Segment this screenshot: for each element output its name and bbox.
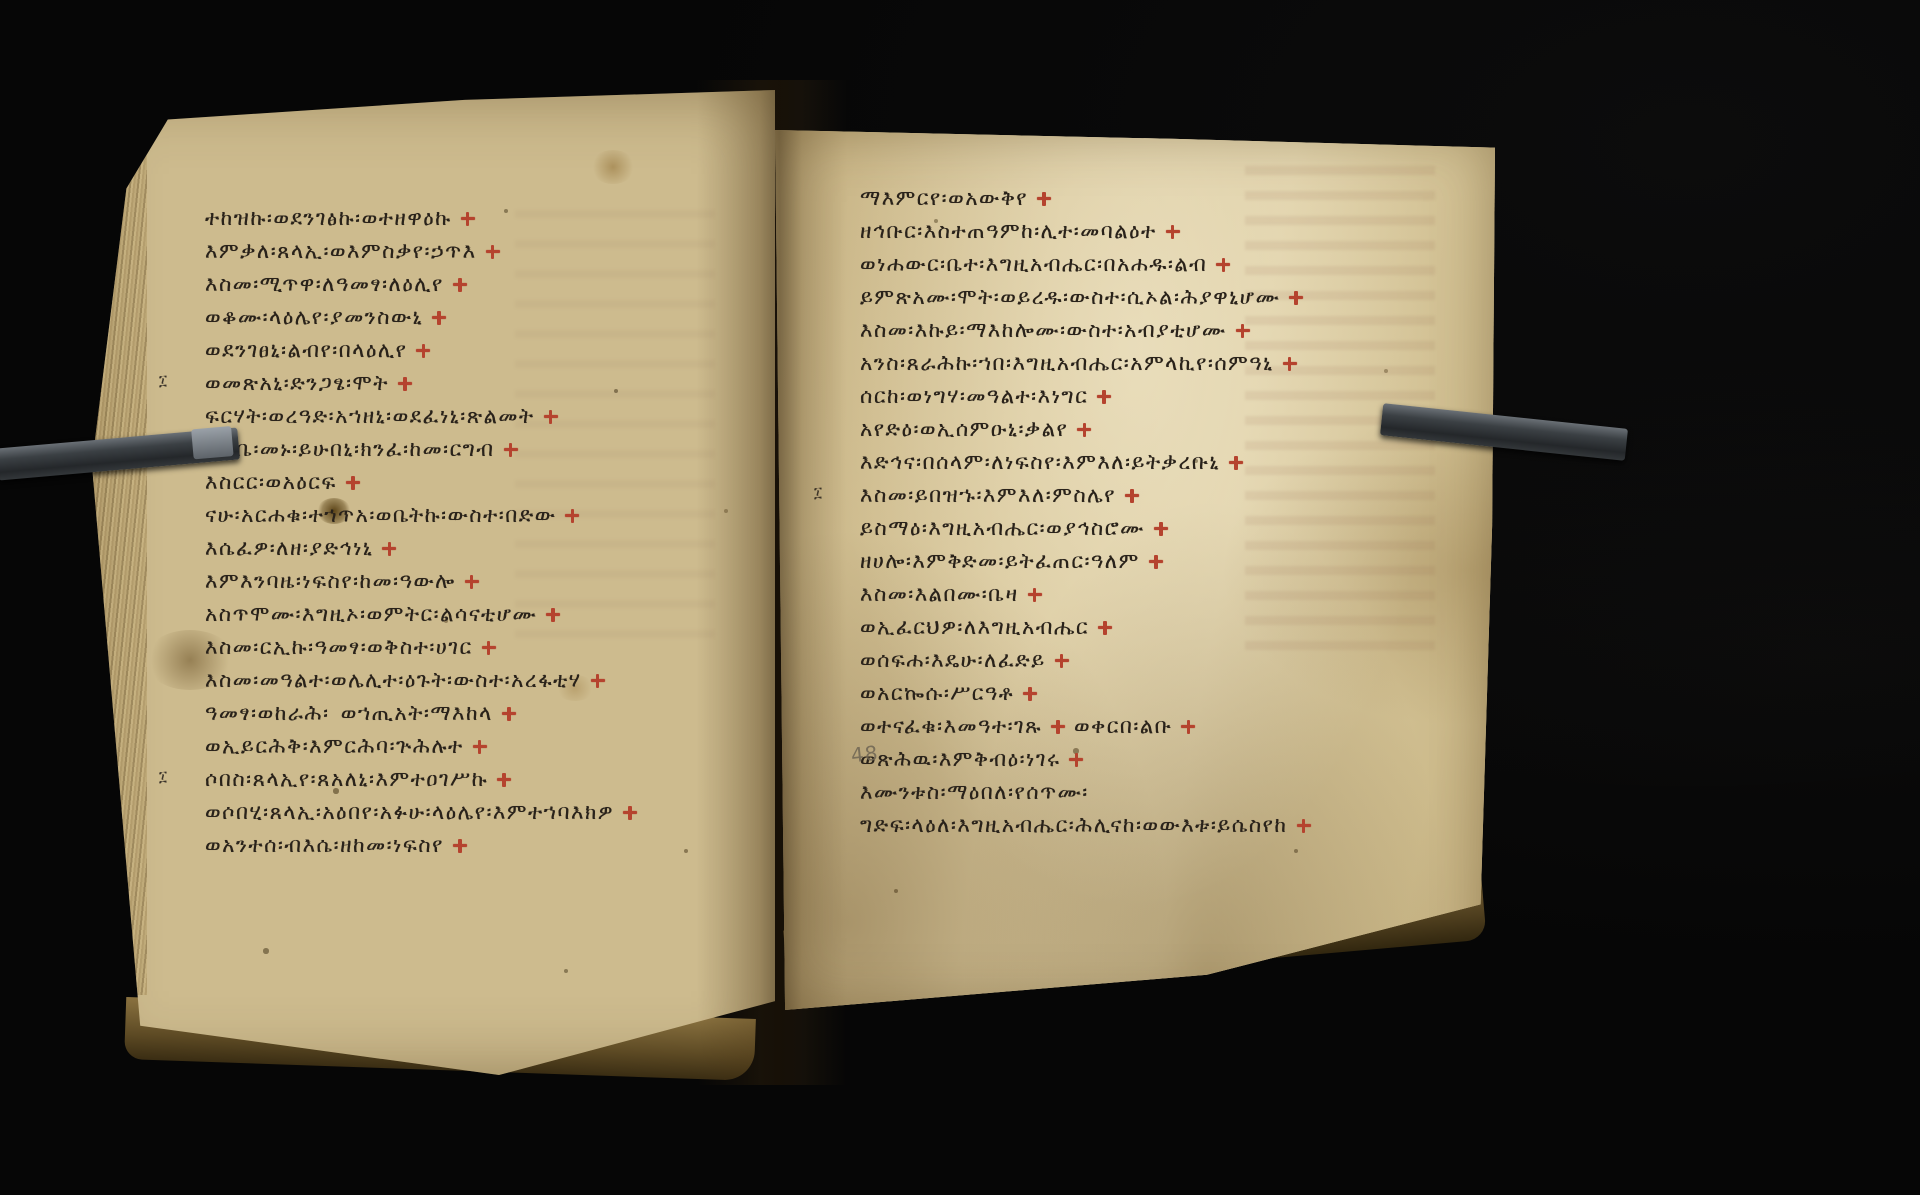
text-line: ይምጽአሙ፡ሞት፡ወይረዱ፡ውስተ፡ሲኦል፡ሕያዋኒሆሙ (860, 281, 1311, 314)
rubric-cross-mark-icon (1028, 588, 1042, 602)
line-text: ወደንገፀኒ፡ልብየ፡በላዕሊየ (205, 338, 407, 363)
text-line: ፲ሶበስ፡ጸላኢየ፡ጸአለኒ፡እምተዐገሥኩ (205, 763, 637, 796)
text-line: አስጥሞሙ፡እግዚኦ፡ወምትር፡ልሳናቲሆሙ (205, 598, 637, 631)
text-line: እሴፈዎ፡ለዘ፡ያድኅነኒ (205, 532, 637, 565)
rubric-cross-mark-icon (1289, 291, 1303, 305)
rubric-cross-mark-icon (591, 674, 605, 688)
line-text: ማእምርየ፡ወአውቅየ (860, 186, 1028, 211)
rubric-cross-mark-icon (482, 641, 496, 655)
line-text: እስመ፡መዓልተ፡ወሌሊተ፡ዕጉት፡ውስተ፡አረፋቲሃ (205, 668, 582, 693)
rubric-cross-mark-icon (398, 377, 412, 391)
line-text: ፍርሃት፡ወረዓድ፡አኀዘኒ፡ወደፈነኒ፡ጽልመት (205, 404, 535, 429)
right-text-column: ማእምርየ፡ወአውቅየዘኅቡር፡እስተጠዓምከ፡ሊተ፡መባልዕተወነሐውር፡ቤተ… (860, 182, 1311, 842)
line-text: አስጥሞሙ፡እግዚኦ፡ወምትር፡ልሳናቲሆሙ (205, 602, 537, 627)
rubric-cross-mark-icon (416, 344, 430, 358)
rubric-cross-mark-icon (1216, 258, 1230, 272)
line-text: ሶበስ፡ጸላኢየ፡ጸአለኒ፡እምተዐገሥኩ (205, 767, 488, 792)
rubric-cross-mark-icon (453, 278, 467, 292)
line-text: አንስ፡ጸራሕኩ፡ኀበ፡እግዚአብሔር፡አምላኪየ፡ሰምዓኒ (860, 351, 1274, 376)
line-text: ይስማዕ፡እግዚአብሔር፡ወያኅስሮሙ (860, 516, 1145, 541)
rubric-cross-mark-icon (623, 806, 637, 820)
text-line: እስመ፡መዓልተ፡ወሌሊተ፡ዕጉት፡ውስተ፡አረፋቲሃ (205, 664, 637, 697)
text-line: ፍርሃት፡ወረዓድ፡አኀዘኒ፡ወደፈነኒ፡ጽልመት (205, 400, 637, 433)
text-line: ወአንተሰ፡ብእሴ፡ዘከመ፡ነፍስየ (205, 829, 637, 862)
text-line: ግድፍ፡ላዕለ፡እግዚአብሔር፡ሕሊናከ፡ወውእቱ፡ይሴስየከ (860, 809, 1311, 842)
line-text: እስመ፡እኩይ፡ማእከሎሙ፡ውስተ፡አብያቲሆሙ (860, 318, 1227, 343)
rubric-cross-mark-icon (1297, 819, 1311, 833)
rubric-cross-mark-icon (1097, 390, 1111, 404)
parchment-stain (590, 150, 636, 184)
rubric-cross-mark-icon (1023, 687, 1037, 701)
line-text: ወተናፈቁ፡እመዓተ፡ገጹ (860, 714, 1042, 739)
line-text: ወሶበሂ፡ጸላኢ፡አዕበየ፡አፉሁ፡ላዕሌየ፡እምተኀባእክዎ (205, 800, 614, 825)
text-line: ዘሀሎ፡እምቅድመ፡ይትፈጠር፡ዓለም (860, 545, 1311, 578)
line-text: ወአንተሰ፡ብእሴ፡ዘከመ፡ነፍስየ (205, 833, 444, 858)
line-text: ሰርከ፡ወነግሃ፡መዓልተ፡እነግር (860, 384, 1088, 409)
rubric-cross-mark-icon (346, 476, 360, 490)
line-text: እስመ፡ይበዝኁ፡እምእለ፡ምስሌየ (860, 483, 1116, 508)
text-line: ዓመፃ፡ወከራሕ፡ ወኀጢአት፡ማእከላ (205, 697, 637, 730)
rubric-cross-mark-icon (497, 773, 511, 787)
text-line: ፲ወመጽአኒ፡ድንጋፄ፡ሞት (205, 367, 637, 400)
rubric-cross-mark-icon (1125, 489, 1139, 503)
line-text: እሴፈዎ፡ለዘ፡ያድኅነኒ (205, 536, 373, 561)
text-line: ማእምርየ፡ወአውቅየ (860, 182, 1311, 215)
rubric-cross-mark-icon (1037, 192, 1051, 206)
rubric-cross-mark-icon (453, 839, 467, 853)
line-text: ናሁ፡አርሐቁ፡ተኀጥአ፡ወቤትኩ፡ውስተ፡በድው (205, 503, 556, 528)
text-line: እስመ፡ርኢኩ፡ዓመፃ፡ወቅስተ፡ሀገር (205, 631, 637, 664)
text-line: እድኅና፡በሰላም፡ለነፍስየ፡እምእለ፡ይትቃረቡኒ (860, 446, 1311, 479)
line-text: እምቃለ፡ጸላኢ፡ወእምስቃየ፡ኃጥእ (205, 239, 477, 264)
rubric-cross-mark-icon (1181, 720, 1195, 734)
rubric-cross-mark-icon (1077, 423, 1091, 437)
text-line: ይስማዕ፡እግዚአብሔር፡ወያኅስሮሙ (860, 512, 1311, 545)
manuscript-book: ተከዝኩ፡ወደንገፅኩ፡ወተዘዋዕኩእምቃለ፡ጸላኢ፡ወእምስቃየ፡ኃጥእእስመ… (85, 80, 1505, 1085)
text-line: ፲እስመ፡ይበዝኁ፡እምእለ፡ምስሌየ (860, 479, 1311, 512)
rubric-cross-mark-icon (1154, 522, 1168, 536)
line-text: ይምጽአሙ፡ሞት፡ወይረዱ፡ውስተ፡ሲኦል፡ሕያዋኒሆሙ (860, 285, 1280, 310)
left-text-column: ተከዝኩ፡ወደንገፅኩ፡ወተዘዋዕኩእምቃለ፡ጸላኢ፡ወእምስቃየ፡ኃጥእእስመ… (205, 202, 637, 862)
text-line: ወነሐውር፡ቤተ፡እግዚአብሔር፡በአሐዱ፡ልብ (860, 248, 1311, 281)
text-line: አንስ፡ጸራሕኩ፡ኀበ፡እግዚአብሔር፡አምላኪየ፡ሰምዓኒ (860, 347, 1311, 380)
rubric-cross-mark-icon (486, 245, 500, 259)
text-line: ሰርከ፡ወነግሃ፡መዓልተ፡እነግር (860, 380, 1311, 413)
rubric-cross-mark-icon (461, 212, 475, 226)
line-text: ዘሀሎ፡እምቅድመ፡ይትፈጠር፡ዓለም (860, 549, 1140, 574)
text-line: አየድዕ፡ወኢሰምዑኒ፡ቃልየ (860, 413, 1311, 446)
margin-numeral: ፲ (159, 767, 167, 785)
line-text: እስርር፡ወአዕርፍ (205, 470, 337, 495)
line-text: ወኢፈርህዎ፡ለእግዚአብሔር (860, 615, 1089, 640)
parchment-speckles (775, 130, 777, 132)
text-line: ወቆሙ፡ላዕሌየ፡ያመንስውኒ (205, 301, 637, 334)
rubric-cross-mark-icon (473, 740, 487, 754)
line-text: ዘኅቡር፡እስተጠዓምከ፡ሊተ፡መባልዕተ (860, 219, 1157, 244)
text-line: ወእቤ፡መኑ፡ይሁበኒ፡ክንፈ፡ከመ፡ርግብ (205, 433, 637, 466)
line-text: ወእቤ፡መኑ፡ይሁበኒ፡ክንፈ፡ከመ፡ርግብ (205, 437, 495, 462)
right-page: ማእምርየ፡ወአውቅየዘኅቡር፡እስተጠዓምከ፡ሊተ፡መባልዕተወነሐውር፡ቤተ… (775, 130, 1495, 1010)
text-line: ወተናፈቁ፡እመዓተ፡ገጹወቀርበ፡ልቡ (860, 710, 1311, 743)
rubric-cross-mark-icon (1051, 720, 1065, 734)
line-text: አየድዕ፡ወኢሰምዑኒ፡ቃልየ (860, 417, 1068, 442)
folio-number: 48 (850, 741, 880, 768)
fore-edge-leaf-stack (85, 145, 147, 995)
rubric-cross-mark-icon (565, 509, 579, 523)
photo-backdrop: ተከዝኩ፡ወደንገፅኩ፡ወተዘዋዕኩእምቃለ፡ጸላኢ፡ወእምስቃየ፡ኃጥእእስመ… (0, 0, 1920, 1195)
text-line: እስመ፡እኩይ፡ማእከሎሙ፡ውስተ፡አብያቲሆሙ (860, 314, 1311, 347)
text-line: እምእንባዜ፡ነፍስየ፡ከመ፡ዓውሎ (205, 565, 637, 598)
text-line: እሙንቱስ፡ማዕበለ፡የሰጥሙ፡ (860, 776, 1311, 809)
rubric-cross-mark-icon (544, 410, 558, 424)
line-text: እስመ፡እልበሙ፡ቤዛ (860, 582, 1019, 607)
parchment-speckles (85, 90, 87, 92)
line-text: ወቆሙ፡ላዕሌየ፡ያመንስውኒ (205, 305, 423, 330)
text-line: እስመ፡እልበሙ፡ቤዛ (860, 578, 1311, 611)
line-text: እድኅና፡በሰላም፡ለነፍስየ፡እምእለ፡ይትቃረቡኒ (860, 450, 1220, 475)
line-text: ወነሐውር፡ቤተ፡እግዚአብሔር፡በአሐዱ፡ልብ (860, 252, 1207, 277)
line-text: እስመ፡ርኢኩ፡ዓመፃ፡ወቅስተ፡ሀገር (205, 635, 473, 660)
rubric-cross-mark-icon (504, 443, 518, 457)
line-text: ወጽሕዉ፡እምቅብዕ፡ነገሩ (860, 747, 1060, 772)
line-text: ወቀርበ፡ልቡ (1074, 714, 1172, 739)
line-text: ተከዝኩ፡ወደንገፅኩ፡ወተዘዋዕኩ (205, 206, 452, 231)
rubric-cross-mark-icon (465, 575, 479, 589)
text-line: እምቃለ፡ጸላኢ፡ወእምስቃየ፡ኃጥእ (205, 235, 637, 268)
line-text: ወአርኰሱ፡ሥርዓቶ (860, 681, 1014, 706)
line-text: ወመጽአኒ፡ድንጋፄ፡ሞት (205, 371, 389, 396)
line-text: ወሰፍሐ፡እዴሁ፡ለፈድይ (860, 648, 1046, 673)
rubric-cross-mark-icon (1098, 621, 1112, 635)
text-line: ወደንገፀኒ፡ልብየ፡በላዕሊየ (205, 334, 637, 367)
rubric-cross-mark-icon (502, 707, 516, 721)
line-text: ወኢይርሕቅ፡እምርሕባ፡ጕሕሉተ (205, 734, 464, 759)
text-line: ወጽሕዉ፡እምቅብዕ፡ነገሩ (860, 743, 1311, 776)
text-line: ወሶበሂ፡ጸላኢ፡አዕበየ፡አፉሁ፡ላዕሌየ፡እምተኀባእክዎ (205, 796, 637, 829)
line-text: እሙንቱስ፡ማዕበለ፡የሰጥሙ፡ (860, 780, 1089, 805)
margin-numeral: ፲ (159, 371, 167, 389)
text-line: ወኢፈርህዎ፡ለእግዚአብሔር (860, 611, 1311, 644)
rubric-cross-mark-icon (1166, 225, 1180, 239)
rubric-cross-mark-icon (382, 542, 396, 556)
rubric-cross-mark-icon (1055, 654, 1069, 668)
text-line: ተከዝኩ፡ወደንገፅኩ፡ወተዘዋዕኩ (205, 202, 637, 235)
line-text: እስመ፡ሚጥዋ፡ለዓመፃ፡ለዕሊየ (205, 272, 444, 297)
text-line: ናሁ፡አርሐቁ፡ተኀጥአ፡ወቤትኩ፡ውስተ፡በድው (205, 499, 637, 532)
line-text: ዓመፃ፡ወከራሕ፡ ወኀጢአት፡ማእከላ (205, 701, 493, 726)
line-text: እምእንባዜ፡ነፍስየ፡ከመ፡ዓውሎ (205, 569, 456, 594)
rubric-cross-mark-icon (432, 311, 446, 325)
rubric-cross-mark-icon (1149, 555, 1163, 569)
line-text: ግድፍ፡ላዕለ፡እግዚአብሔር፡ሕሊናከ፡ወውእቱ፡ይሴስየከ (860, 813, 1288, 838)
rubric-cross-mark-icon (1069, 753, 1083, 767)
text-line: ወአርኰሱ፡ሥርዓቶ (860, 677, 1311, 710)
rubric-cross-mark-icon (1283, 357, 1297, 371)
text-line: ወሰፍሐ፡እዴሁ፡ለፈድይ (860, 644, 1311, 677)
margin-numeral: ፲ (814, 483, 822, 501)
text-line: እስመ፡ሚጥዋ፡ለዓመፃ፡ለዕሊየ (205, 268, 637, 301)
text-line: እስርር፡ወአዕርፍ (205, 466, 637, 499)
text-line: ዘኅቡር፡እስተጠዓምከ፡ሊተ፡መባልዕተ (860, 215, 1311, 248)
rubric-cross-mark-icon (546, 608, 560, 622)
left-page: ተከዝኩ፡ወደንገፅኩ፡ወተዘዋዕኩእምቃለ፡ጸላኢ፡ወእምስቃየ፡ኃጥእእስመ… (85, 90, 775, 1075)
text-line: ወኢይርሕቅ፡እምርሕባ፡ጕሕሉተ (205, 730, 637, 763)
rubric-cross-mark-icon (1229, 456, 1243, 470)
rubric-cross-mark-icon (1236, 324, 1250, 338)
